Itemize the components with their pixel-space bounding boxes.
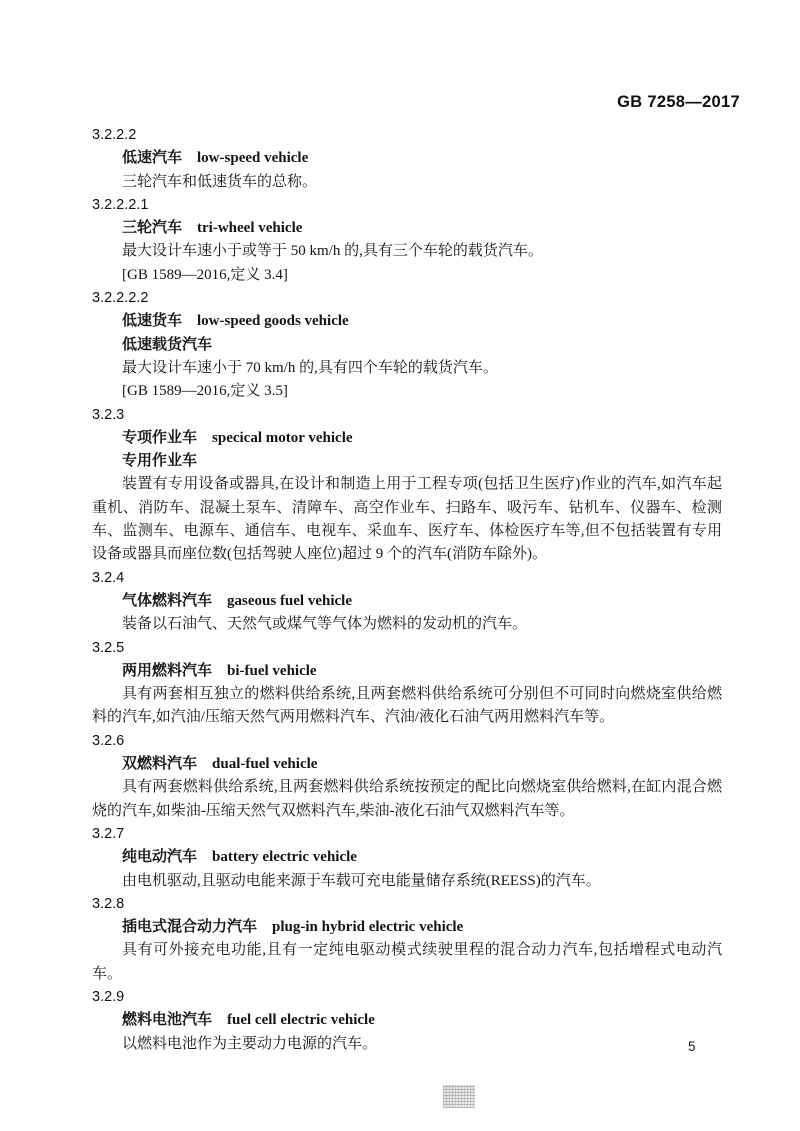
term-line: 两用燃料汽车bi-fuel vehicle	[92, 660, 722, 683]
page-header: GB 7258—2017	[617, 93, 740, 112]
source-reference: [GB 1589—2016,定义 3.5]	[92, 380, 722, 403]
definition-text: 最大设计车速小于 70 km/h 的,具有四个车轮的载货汽车。	[92, 357, 722, 380]
definition-text: 由电机驱动,且驱动电能来源于车载可充电能量储存系统(REESS)的汽车。	[92, 870, 722, 893]
clause-number: 3.2.5	[92, 637, 722, 660]
clause-number: 3.2.3	[92, 404, 722, 427]
term-line: 插电式混合动力汽车plug-in hybrid electric vehicle	[92, 916, 722, 939]
clause-3-2-9: 3.2.9 燃料电池汽车fuel cell electric vehicle 以…	[92, 986, 722, 1056]
document-body: 3.2.2.2 低速汽车low-speed vehicle 三轮汽车和低速货车的…	[92, 124, 722, 1056]
clause-number: 3.2.2.2.2	[92, 287, 722, 310]
halftone-stamp-icon	[443, 1085, 475, 1108]
term-zh: 低速汽车	[122, 150, 182, 166]
term-en: dual-fuel vehicle	[212, 756, 317, 772]
term-synonym: 低速载货汽车	[92, 334, 722, 357]
document-page: GB 7258—2017 3.2.2.2 低速汽车low-speed vehic…	[0, 0, 800, 1131]
term-zh: 两用燃料汽车	[122, 663, 212, 679]
term-line: 燃料电池汽车fuel cell electric vehicle	[92, 1009, 722, 1032]
clause-3-2-2-2-1: 3.2.2.2.1 三轮汽车tri-wheel vehicle 最大设计车速小于…	[92, 194, 722, 287]
term-en: battery electric vehicle	[212, 849, 357, 865]
clause-number: 3.2.9	[92, 986, 722, 1009]
source-reference: [GB 1589—2016,定义 3.4]	[92, 264, 722, 287]
term-synonym: 专用作业车	[92, 450, 722, 473]
term-en: low-speed vehicle	[197, 150, 308, 166]
clause-3-2-3: 3.2.3 专项作业车specical motor vehicle 专用作业车 …	[92, 404, 722, 567]
clause-3-2-6: 3.2.6 双燃料汽车dual-fuel vehicle 具有两套燃料供给系统,…	[92, 730, 722, 823]
clause-3-2-4: 3.2.4 气体燃料汽车gaseous fuel vehicle 装备以石油气、…	[92, 567, 722, 637]
term-line: 三轮汽车tri-wheel vehicle	[92, 217, 722, 240]
term-en: tri-wheel vehicle	[197, 220, 302, 236]
term-zh: 双燃料汽车	[122, 756, 197, 772]
term-line: 专项作业车specical motor vehicle	[92, 427, 722, 450]
definition-text: 最大设计车速小于或等于 50 km/h 的,具有三个车轮的载货汽车。	[92, 240, 722, 263]
definition-text: 装备以石油气、天然气或煤气等气体为燃料的发动机的汽车。	[92, 613, 722, 636]
term-en: low-speed goods vehicle	[197, 313, 349, 329]
clause-number: 3.2.2.2	[92, 124, 722, 147]
clause-number: 3.2.2.2.1	[92, 194, 722, 217]
term-line: 双燃料汽车dual-fuel vehicle	[92, 753, 722, 776]
clause-3-2-7: 3.2.7 纯电动汽车battery electric vehicle 由电机驱…	[92, 823, 722, 893]
term-line: 低速汽车low-speed vehicle	[92, 147, 722, 170]
term-zh: 气体燃料汽车	[122, 593, 212, 609]
definition-text: 以燃料电池作为主要动力电源的汽车。	[92, 1033, 722, 1056]
term-zh: 插电式混合动力汽车	[122, 919, 257, 935]
standard-number: GB 7258—2017	[617, 93, 740, 111]
term-en: gaseous fuel vehicle	[227, 593, 352, 609]
clause-3-2-8: 3.2.8 插电式混合动力汽车plug-in hybrid electric v…	[92, 893, 722, 986]
term-zh: 专项作业车	[122, 430, 197, 446]
definition-text: 具有两套燃料供给系统,且两套燃料供给系统按预定的配比向燃烧室供给燃料,在缸内混合…	[92, 776, 722, 823]
clause-3-2-2-2: 3.2.2.2 低速汽车low-speed vehicle 三轮汽车和低速货车的…	[92, 124, 722, 194]
clause-number: 3.2.6	[92, 730, 722, 753]
term-line: 低速货车low-speed goods vehicle	[92, 310, 722, 333]
term-zh: 三轮汽车	[122, 220, 182, 236]
term-zh: 纯电动汽车	[122, 849, 197, 865]
term-en: fuel cell electric vehicle	[227, 1012, 375, 1028]
term-en: plug-in hybrid electric vehicle	[272, 919, 463, 935]
definition-text: 三轮汽车和低速货车的总称。	[92, 171, 722, 194]
term-zh: 低速货车	[122, 313, 182, 329]
clause-3-2-5: 3.2.5 两用燃料汽车bi-fuel vehicle 具有两套相互独立的燃料供…	[92, 637, 722, 730]
clause-3-2-2-2-2: 3.2.2.2.2 低速货车low-speed goods vehicle 低速…	[92, 287, 722, 403]
definition-text: 具有两套相互独立的燃料供给系统,且两套燃料供给系统可分别但不可同时向燃烧室供给燃…	[92, 683, 722, 730]
clause-number: 3.2.4	[92, 567, 722, 590]
term-en: bi-fuel vehicle	[227, 663, 317, 679]
definition-text: 具有可外接充电功能,且有一定纯电驱动模式续驶里程的混合动力汽车,包括增程式电动汽…	[92, 939, 722, 986]
term-zh: 燃料电池汽车	[122, 1012, 212, 1028]
term-line: 纯电动汽车battery electric vehicle	[92, 846, 722, 869]
clause-number: 3.2.8	[92, 893, 722, 916]
page-number: 5	[688, 1039, 696, 1054]
term-en: specical motor vehicle	[212, 430, 353, 446]
term-line: 气体燃料汽车gaseous fuel vehicle	[92, 590, 722, 613]
clause-number: 3.2.7	[92, 823, 722, 846]
definition-text: 装置有专用设备或器具,在设计和制造上用于工程专项(包括卫生医疗)作业的汽车,如汽…	[92, 473, 722, 566]
